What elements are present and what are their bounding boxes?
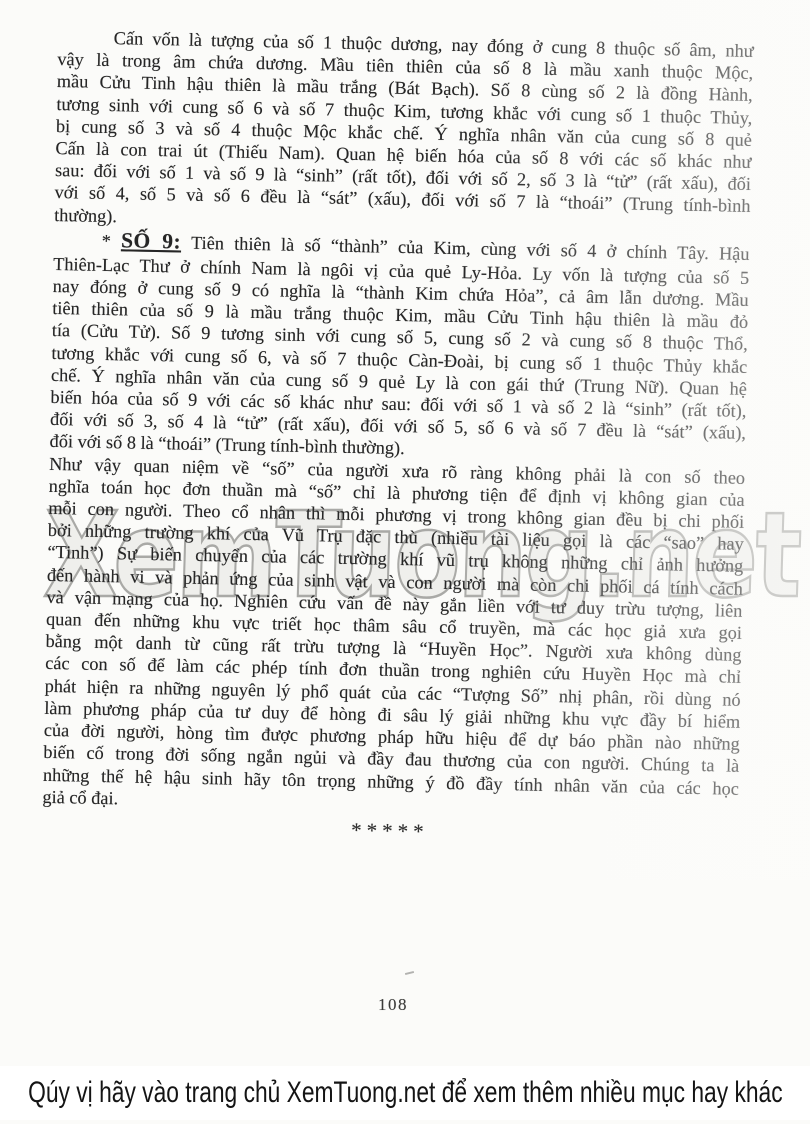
page-number: 108 [0,995,786,1015]
bullet-star: * [101,231,111,251]
paragraph-so8-relations: Cấn vốn là tượng của số 1 thuộc dương, n… [54,26,754,240]
so9-heading: SỐ 9: [121,228,182,253]
page-text-block: Cấn vốn là tượng của số 1 thuộc dương, n… [42,26,754,849]
paragraph-conclusion: Như vậy quan niệm về “số” của người xưa … [42,453,745,822]
so9-body-lines: Thiên-Lạc Thư ở chính Nam là ngôi vị của… [49,253,749,467]
paragraph-so9: * SỐ 9: Tiên thiên là số “thành” của Kim… [49,226,749,467]
document-page: XemTuong.net Cấn vốn là tượng của số 1 t… [0,0,810,1124]
footer-banner-text: Qúy vị hãy vào trang chủ XemTuong.net để… [28,1076,783,1110]
scan-artifact-dash [405,971,414,975]
footer-banner: Qúy vị hãy vào trang chủ XemTuong.net để… [0,1066,810,1120]
